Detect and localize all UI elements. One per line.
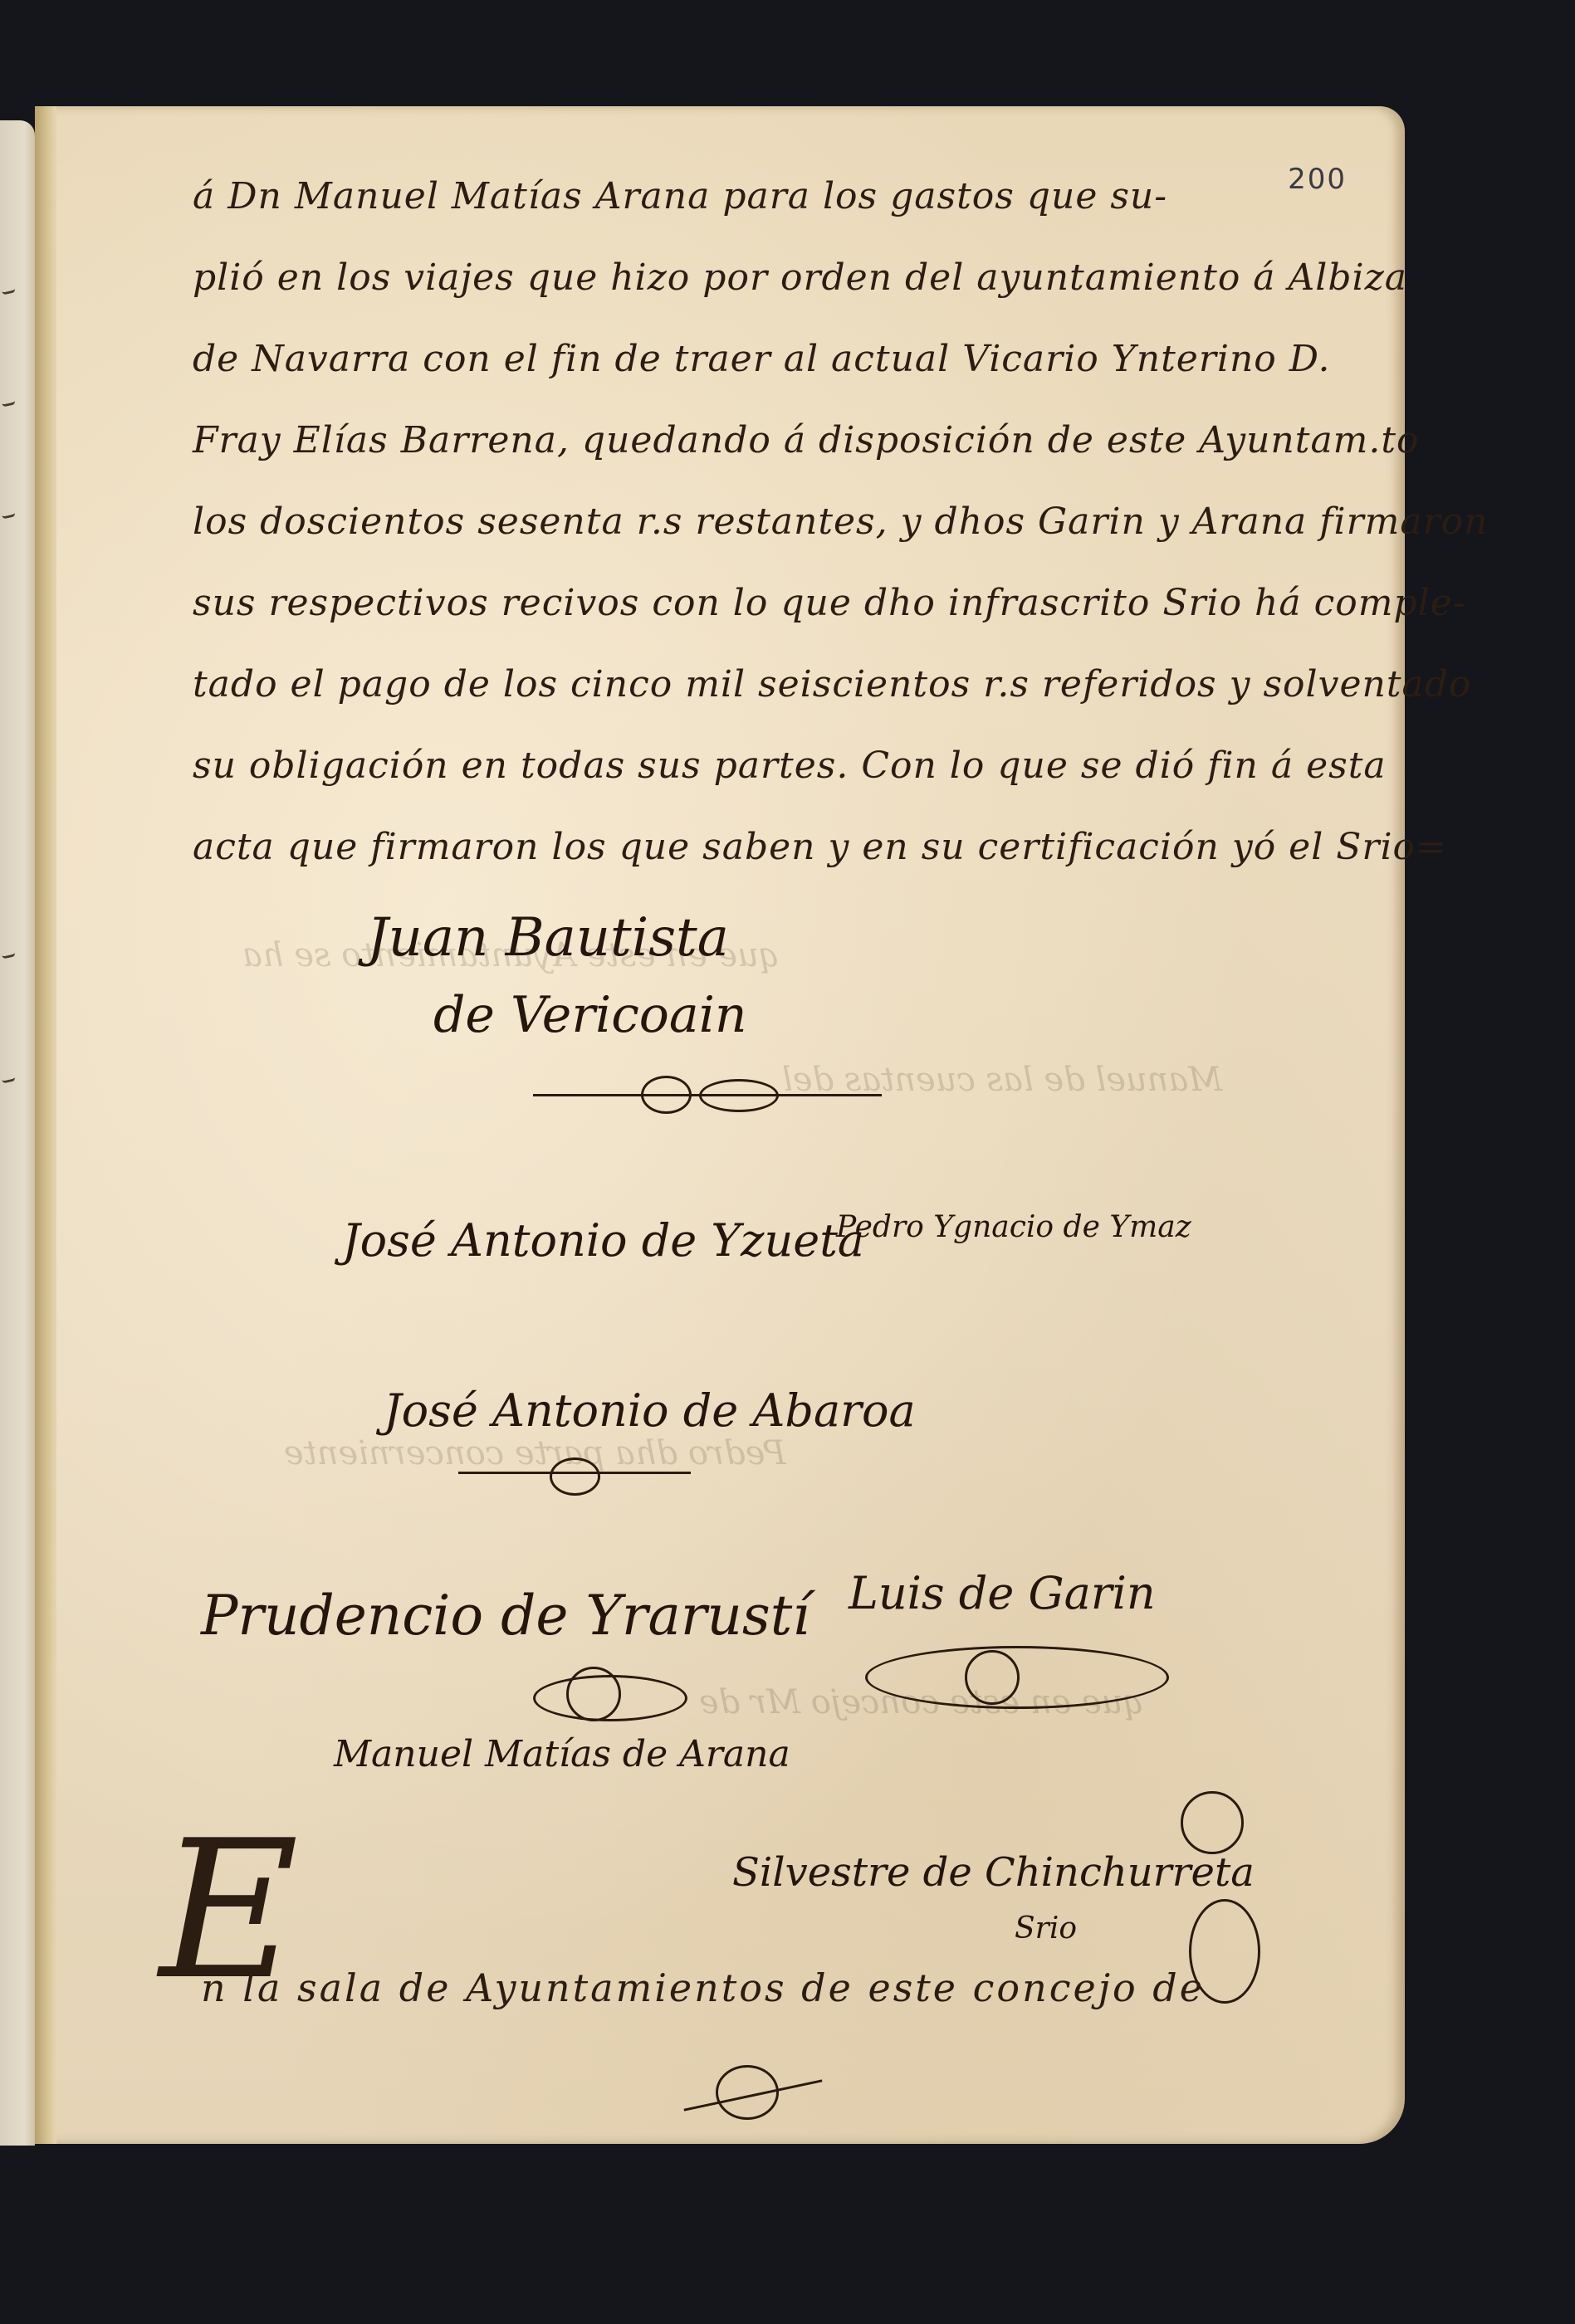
text-line: de Navarra con el fin de traer al actual… (193, 319, 1388, 400)
manuscript-page: que en este Ayuntamiento se ha Manuel de… (35, 106, 1405, 2144)
signature-vericoain-line1: Juan Bautista (367, 907, 729, 969)
rubric-flourish (566, 1667, 621, 1721)
signature-vericoain-line2: de Vericoain (433, 986, 747, 1044)
page-gutter (35, 106, 56, 2144)
bleed-through-text: Pedro dha parte concerniente (284, 1434, 785, 1472)
text-line: Fray Elías Barrena, quedando á disposici… (193, 400, 1388, 481)
previous-page-edge (0, 120, 35, 2146)
text-line: acta que firmaron los que saben y en su … (193, 807, 1388, 888)
rubric-flourish (965, 1650, 1020, 1705)
text-line: sus respectivos recivos con lo que dho i… (193, 563, 1388, 644)
signature-garin: Luis de Garin (849, 1567, 1156, 1619)
rubric-flourish (550, 1457, 600, 1496)
rubric-flourish (641, 1076, 692, 1114)
signature-yrarusti: Prudencio de Yrarustí (201, 1584, 810, 1648)
body-text: á Dn Manuel Matías Arana para los gastos… (193, 156, 1388, 888)
signature-chinchurreta: Silvestre de Chinchurreta (732, 1849, 1255, 1896)
signature-ymaz: Pedro Ygnacio de Ymaz (836, 1210, 1191, 1244)
rubric-flourish (699, 1079, 779, 1112)
text-line: plió en los viajes que hizo por orden de… (193, 237, 1388, 319)
text-line: su obligación en todas sus partes. Con l… (193, 725, 1388, 807)
signature-abaroa: José Antonio de Abaroa (384, 1384, 916, 1437)
rubric-flourish (1181, 1791, 1244, 1854)
closing-line: n la sala de Ayuntamientos de este conce… (201, 1965, 1205, 2010)
signature-arana: Manuel Matías de Arana (334, 1733, 790, 1775)
text-line: los doscientos sesenta r.s restantes, y … (193, 481, 1388, 563)
signature-yzueta: José Antonio de Yzueta (342, 1214, 864, 1267)
text-line: tado el pago de los cinco mil seisciento… (193, 644, 1388, 725)
signature-title-srio: Srio (1015, 1911, 1077, 1946)
text-line: á Dn Manuel Matías Arana para los gastos… (193, 156, 1388, 237)
